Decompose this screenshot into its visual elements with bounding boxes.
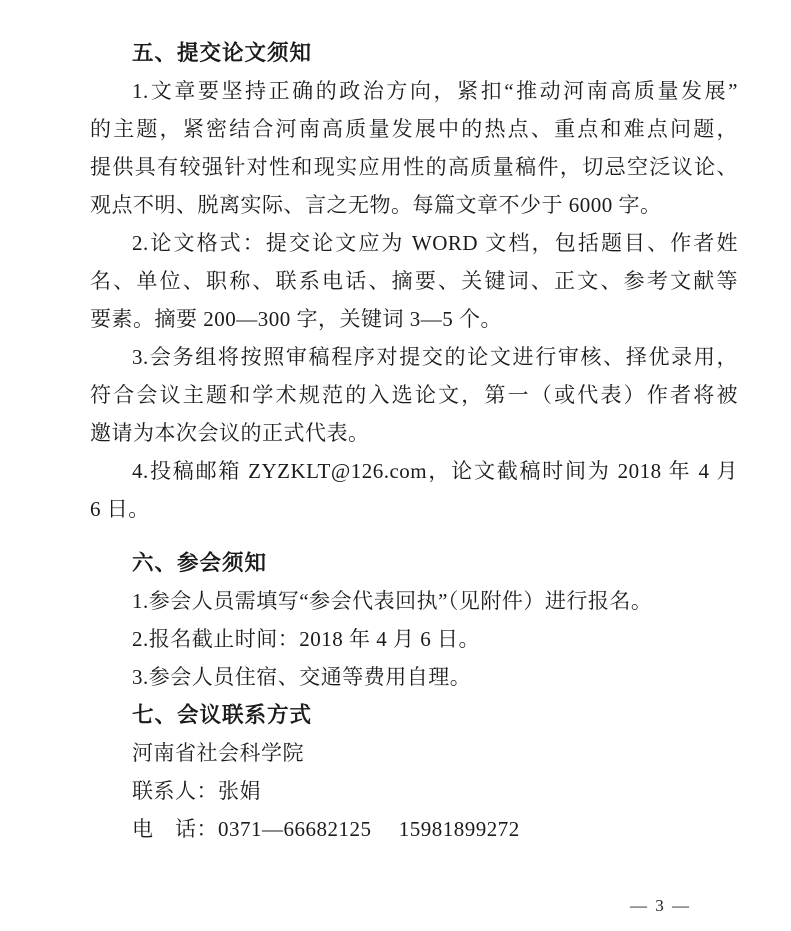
section-heading-attendance: 六、参会须知: [90, 544, 738, 582]
text-line: 1.参会人员需填写“参会代表回执”（见附件）进行报名。: [90, 582, 738, 620]
text-line: 3.参会人员住宿、交通等费用自理。: [90, 658, 738, 696]
section-heading-submit-papers: 五、提交论文须知: [90, 34, 738, 72]
text-line: 3.会务组将按照审稿程序对提交的论文进行审核、择优录用，: [90, 338, 738, 376]
text-line: 观点不明、脱离实际、言之无物。每篇文章不少于 6000 字。: [90, 186, 738, 224]
text-line: 1.文章要坚持正确的政治方向，紧扣“推动河南高质量发展”: [90, 72, 738, 110]
text-line: 2.论文格式：提交论文应为 WORD 文档，包括题目、作者姓: [90, 224, 738, 262]
text-line: 电 话：0371—66682125 15981899272: [90, 810, 738, 848]
text-line: 6 日。: [90, 490, 738, 528]
document-page: 五、提交论文须知 1.文章要坚持正确的政治方向，紧扣“推动河南高质量发展” 的主…: [0, 0, 791, 931]
text-line: 的主题，紧密结合河南高质量发展中的热点、重点和难点问题，: [90, 110, 738, 148]
text-line: 河南省社会科学院: [90, 734, 738, 772]
text-line: 邀请为本次会议的正式代表。: [90, 414, 738, 452]
text-line: 要素。摘要 200—300 字，关键词 3—5 个。: [90, 300, 738, 338]
text-line: 提供具有较强针对性和现实应用性的高质量稿件，切忌空泛议论、: [90, 148, 738, 186]
text-line: 2.报名截止时间：2018 年 4 月 6 日。: [90, 620, 738, 658]
section-heading-contact: 七、会议联系方式: [90, 696, 738, 734]
text-line: 联系人：张娟: [90, 772, 738, 810]
text-line: 符合会议主题和学术规范的入选论文，第一（或代表）作者将被: [90, 376, 738, 414]
text-line: 4.投稿邮箱 ZYZKLT@126.com，论文截稿时间为 2018 年 4 月: [90, 452, 738, 490]
text-line: 名、单位、职称、联系电话、摘要、关键词、正文、参考文献等: [90, 262, 738, 300]
page-number: — 3 —: [630, 896, 691, 916]
document-body: 五、提交论文须知 1.文章要坚持正确的政治方向，紧扣“推动河南高质量发展” 的主…: [90, 34, 738, 848]
